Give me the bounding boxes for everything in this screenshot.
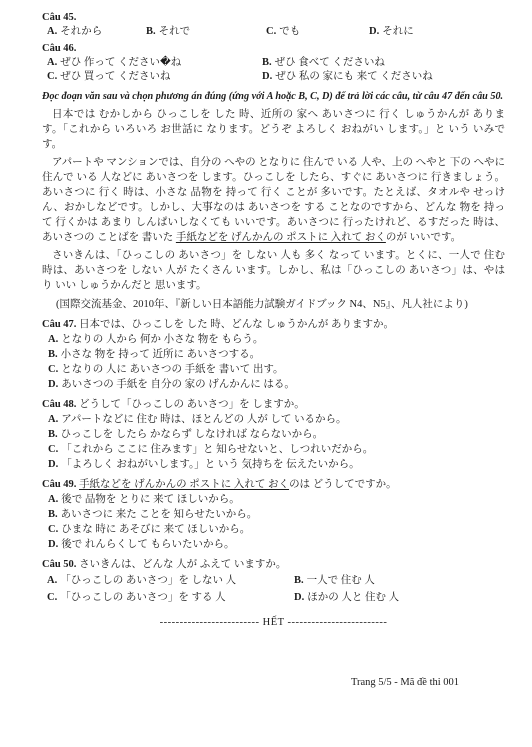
page-footer: Trang 5/5 - Mã đề thi 001: [305, 676, 505, 690]
option-key: A.: [48, 334, 58, 345]
q45-option-a: A.それから: [47, 25, 146, 39]
q48-option-a: A.アパートなどに 住む 時は、ほとんどの 人が して いるから。: [42, 412, 505, 427]
option-key: B.: [48, 509, 58, 520]
exam-page: Câu 45. A.それから B.それで C.でも D.それに Câu 46. …: [0, 0, 532, 747]
q49-option-a: A.後で 品物を とりに 来て ほしいから。: [42, 492, 505, 507]
q50-option-b: B.一人で 住む 人: [294, 572, 375, 589]
reading-paragraph-2: アパートや マンションでは、自分の へやの となりに 住んで いる 人や、上の …: [42, 155, 505, 245]
reading-paragraph-3: さいきんは、「ひっこしの あいさつ」を しない 人も 多く なって います。とく…: [42, 248, 505, 293]
option-text: あいさつの 手紙を 自分の 家の げんかんに はる。: [61, 379, 295, 390]
q46-option-d: D.ぜひ 私の 家にも 来て くださいね: [262, 70, 433, 84]
option-text: 「ひっこしの あいさつ」を する 人: [60, 592, 225, 603]
option-text: それに: [382, 26, 414, 37]
underlined-phrase: 手紙などを げんかんの ポストに 入れて おく: [176, 232, 386, 243]
question-50: Câu 50. さいきんは、どんな 人が ふえて いますか。 A.「ひっこしの …: [42, 557, 505, 606]
q48-option-d: D.「よろしく おねがいします。」と いう 気持ちを 伝えたいから。: [42, 457, 505, 472]
q50-option-a: A.「ひっこしの あいさつ」を しない 人: [47, 572, 294, 589]
question-text: 日本では、ひっこしを した 時、どんな しゅうかんが ありますか。: [79, 319, 394, 330]
end-marker: ------------------------- HẾT ----------…: [42, 615, 505, 630]
option-text: となりの 人から 何か 小さな 物を もらう。: [61, 334, 263, 345]
option-text: 「よろしく おねがいします。」と いう 気持ちを 伝えたいから。: [61, 459, 359, 470]
question-48: Câu 48. どうして「ひっこしの あいさつ」を しますか。 A.アパートなど…: [42, 397, 505, 472]
option-text: ぜひ 作って ください�ね: [60, 57, 181, 68]
option-text: 後で れんらくして もらいたいから。: [61, 539, 234, 550]
option-key: B.: [294, 575, 304, 586]
question-line: Câu 47. 日本では、ひっこしを した 時、どんな しゅうかんが ありますか…: [42, 317, 505, 332]
q47-option-d: D.あいさつの 手紙を 自分の 家の げんかんに はる。: [42, 377, 505, 392]
option-text: でも: [279, 26, 300, 37]
option-text: アパートなどに 住む 時は、ほとんどの 人が して いるから。: [61, 414, 346, 425]
question-line: Câu 48. どうして「ひっこしの あいさつ」を しますか。: [42, 397, 505, 412]
option-key: D.: [369, 26, 379, 37]
question-46: Câu 46. A.ぜひ 作って ください�ね B.ぜひ 食べて くださいね C…: [42, 41, 505, 84]
option-text: ひっこしを したら かならず しなければ ならないから。: [61, 429, 324, 440]
q49-option-d: D.後で れんらくして もらいたいから。: [42, 537, 505, 552]
q47-option-a: A.となりの 人から 何か 小さな 物を もらう。: [42, 332, 505, 347]
option-key: B.: [262, 57, 272, 68]
q45-option-c: C.でも: [266, 25, 369, 39]
reading-instruction: Đọc đoạn văn sau và chọn phương án đúng …: [42, 89, 505, 104]
q46-option-c: C.ぜひ 買って くださいね: [47, 70, 262, 84]
question-options-row: A.ぜひ 作って ください�ね B.ぜひ 食べて くださいね: [42, 56, 505, 70]
q47-option-c: C.となりの 人に あいさつの 手紙を 書いて 出す。: [42, 362, 505, 377]
q45-option-b: B.それで: [146, 25, 266, 39]
option-text: ひまな 時に あそびに 来て ほしいから。: [61, 524, 250, 535]
question-49: Câu 49. 手紙などを げんかんの ポストに 入れて おくのは どうしてです…: [42, 477, 505, 552]
reading-paragraph-1: 日本では むかしから ひっこしを した 時、近所の 家へ あいさつに 行く しゅ…: [42, 107, 505, 152]
option-text: 後で 品物を とりに 来て ほしいから。: [61, 494, 240, 505]
option-key: D.: [48, 459, 58, 470]
q49-option-b: B.あいさつに 来た ことを 知らせたいから。: [42, 507, 505, 522]
option-text: ぜひ 私の 家にも 来て くださいね: [275, 71, 433, 82]
paragraph-text: のが いいです。: [386, 232, 461, 243]
source-citation: (国際交流基金、2010年、『新しい日本語能力試験ガイドブック N4、N5』、凡…: [42, 297, 505, 312]
question-text: どうして「ひっこしの あいさつ」を しますか。: [79, 399, 305, 410]
question-options-row: C.「ひっこしの あいさつ」を する 人 D.ほかの 人と 住む 人: [42, 589, 505, 606]
option-key: C.: [48, 364, 58, 375]
option-key: A.: [47, 575, 57, 586]
question-line: Câu 49. 手紙などを げんかんの ポストに 入れて おくのは どうしてです…: [42, 477, 505, 492]
option-key: B.: [146, 26, 156, 37]
paragraph-text: アパートや マンションでは、自分の へやの となりに 住んで いる 人や、上の …: [42, 157, 505, 243]
question-label: Câu 48.: [42, 399, 76, 410]
question-text: のは どうしてですか。: [289, 479, 397, 490]
q49-option-c: C.ひまな 時に あそびに 来て ほしいから。: [42, 522, 505, 537]
option-key: B.: [48, 349, 58, 360]
q50-option-c: C.「ひっこしの あいさつ」を する 人: [47, 589, 294, 606]
question-options-row: A.「ひっこしの あいさつ」を しない 人 B.一人で 住む 人: [42, 572, 505, 589]
option-text: ぜひ 買って くださいね: [60, 71, 170, 82]
option-key: D.: [294, 592, 304, 603]
question-line: Câu 50. さいきんは、どんな 人が ふえて いますか。: [42, 557, 505, 572]
q47-option-b: B.小さな 物を 持って 近所に あいさつする。: [42, 347, 505, 362]
question-label: Câu 45.: [42, 10, 505, 25]
option-key: D.: [262, 71, 272, 82]
option-text: それで: [159, 26, 191, 37]
question-label: Câu 47.: [42, 319, 76, 330]
question-options-row: C.ぜひ 買って くださいね D.ぜひ 私の 家にも 来て くださいね: [42, 70, 505, 84]
question-47: Câu 47. 日本では、ひっこしを した 時、どんな しゅうかんが ありますか…: [42, 317, 505, 392]
q50-option-d: D.ほかの 人と 住む 人: [294, 589, 399, 606]
option-text: 「ひっこしの あいさつ」を しない 人: [60, 575, 236, 586]
option-key: C.: [48, 444, 58, 455]
q46-option-a: A.ぜひ 作って ください�ね: [47, 56, 262, 70]
option-text: 一人で 住む 人: [307, 575, 375, 586]
option-text: それから: [60, 26, 102, 37]
option-key: C.: [266, 26, 276, 37]
question-text: さいきんは、どんな 人が ふえて いますか。: [79, 559, 286, 570]
question-45: Câu 45. A.それから B.それで C.でも D.それに: [42, 10, 505, 39]
option-key: B.: [48, 429, 58, 440]
option-text: ほかの 人と 住む 人: [307, 592, 399, 603]
option-text: あいさつに 来た ことを 知らせたいから。: [61, 509, 258, 520]
option-key: D.: [48, 539, 58, 550]
option-key: A.: [47, 57, 57, 68]
option-text: となりの 人に あいさつの 手紙を 書いて 出す。: [61, 364, 283, 375]
question-label: Câu 46.: [42, 41, 505, 56]
option-key: C.: [47, 592, 57, 603]
question-options-row: A.それから B.それで C.でも D.それに: [42, 25, 505, 39]
question-label: Câu 49.: [42, 479, 76, 490]
q48-option-c: C.「これから ここに 住みます」と 知らせないと、しつれいだから。: [42, 442, 505, 457]
question-label: Câu 50.: [42, 559, 76, 570]
option-text: ぜひ 食べて くださいね: [275, 57, 385, 68]
underlined-phrase: 手紙などを げんかんの ポストに 入れて おく: [79, 479, 289, 490]
option-key: A.: [48, 494, 58, 505]
option-key: C.: [47, 71, 57, 82]
q46-option-b: B.ぜひ 食べて くださいね: [262, 56, 385, 70]
q48-option-b: B.ひっこしを したら かならず しなければ ならないから。: [42, 427, 505, 442]
option-text: 小さな 物を 持って 近所に あいさつする。: [61, 349, 261, 360]
option-key: C.: [48, 524, 58, 535]
option-key: A.: [47, 26, 57, 37]
option-key: D.: [48, 379, 58, 390]
option-key: A.: [48, 414, 58, 425]
option-text: 「これから ここに 住みます」と 知らせないと、しつれいだから。: [61, 444, 373, 455]
q45-option-d: D.それに: [369, 25, 414, 39]
